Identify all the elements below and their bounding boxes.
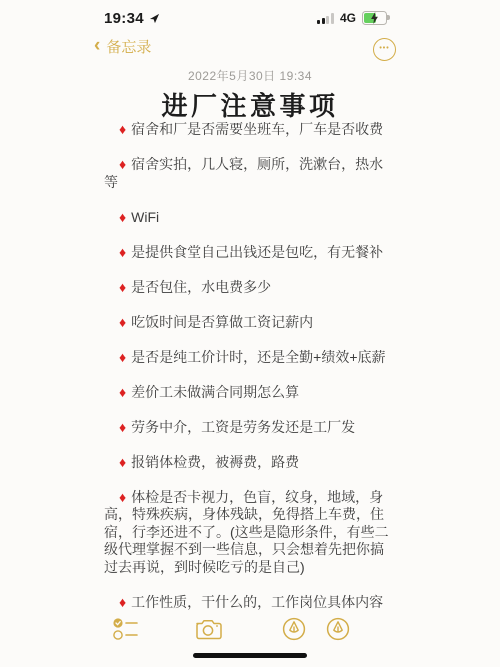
notes-bottom-toolbar <box>0 610 500 648</box>
red-diamond-bullet-icon: ♦ <box>119 594 126 610</box>
note-body-editor[interactable]: ♦宿舍和厂是否需要坐班车，厂车是否收费 ♦宿舍实拍，几人寝，厕所，洗漱台，热水等… <box>104 121 397 629</box>
note-item-text: 是否是纯工价计时，还是全勤+绩效+底薪 <box>131 349 385 365</box>
note-list-item: ♦报销体检费，被褥费，路费 <box>104 454 397 472</box>
note-list-item: ♦吃饭时间是否算做工资记薪内 <box>104 314 397 332</box>
home-indicator[interactable] <box>193 653 307 658</box>
pen-icon <box>326 617 350 641</box>
back-button[interactable]: ‹ 备忘录 <box>94 36 151 57</box>
note-item-text: 是提供食堂自己出钱还是包吃，有无餐补 <box>131 244 383 260</box>
status-bar: 19:34 4G <box>0 8 500 32</box>
nav-bar: ‹ 备忘录 ••• <box>0 34 500 64</box>
markup-button[interactable] <box>279 614 309 644</box>
camera-icon <box>194 618 222 641</box>
red-diamond-bullet-icon: ♦ <box>119 384 126 400</box>
note-title: 进厂注意事项 <box>0 86 500 123</box>
note-item-text: 劳务中介，工资是劳务发还是工厂发 <box>131 419 355 435</box>
red-diamond-bullet-icon: ♦ <box>119 489 126 505</box>
camera-button[interactable] <box>193 614 223 644</box>
red-diamond-bullet-icon: ♦ <box>119 121 126 137</box>
more-options-button[interactable]: ••• <box>373 38 396 61</box>
status-left: 19:34 <box>104 10 160 27</box>
checklist-button[interactable] <box>110 614 140 644</box>
note-list-item: ♦是否是纯工价计时，还是全勤+绩效+底薪 <box>104 349 397 367</box>
note-list-item: ♦体检是否卡视力，色盲，纹身，地域，身高，特殊疾病，身体残缺，免得搭上车费，住宿… <box>104 489 397 577</box>
red-diamond-bullet-icon: ♦ <box>119 244 126 260</box>
note-item-text: 体检是否卡视力，色盲，纹身，地域，身高，特殊疾病，身体残缺，免得搭上车费，住宿，… <box>104 489 389 575</box>
note-item-text: 工作性质，干什么的，工作岗位具体内容 <box>131 594 383 610</box>
note-item-text: 吃饭时间是否算做工资记薪内 <box>131 314 313 330</box>
notes-app-screen: 19:34 4G ‹ 备忘录 ••• 2022年5月30日 19:34 进厂注意… <box>0 0 500 667</box>
note-item-text: WiFi <box>131 209 159 225</box>
clock-time: 19:34 <box>104 10 144 27</box>
back-button-label: 备忘录 <box>106 36 151 57</box>
red-diamond-bullet-icon: ♦ <box>119 419 126 435</box>
network-type-label: 4G <box>340 11 356 25</box>
note-timestamp: 2022年5月30日 19:34 <box>0 67 500 84</box>
note-list-item: ♦劳务中介，工资是劳务发还是工厂发 <box>104 419 397 437</box>
red-diamond-bullet-icon: ♦ <box>119 156 126 172</box>
location-arrow-icon <box>149 13 160 24</box>
note-item-text: 宿舍实拍，几人寝，厕所，洗漱台，热水等 <box>104 156 383 190</box>
note-list-item: ♦宿舍实拍，几人寝，厕所，洗漱台，热水等 <box>104 156 397 191</box>
note-item-text: 差价工未做满合同期怎么算 <box>131 384 299 400</box>
red-diamond-bullet-icon: ♦ <box>119 454 126 470</box>
checklist-icon <box>112 617 139 641</box>
note-list-item: ♦工作性质，干什么的，工作岗位具体内容 <box>104 594 397 612</box>
note-list-item: ♦宿舍和厂是否需要坐班车，厂车是否收费 <box>104 121 397 139</box>
red-diamond-bullet-icon: ♦ <box>119 209 126 225</box>
signal-strength-icon <box>317 13 334 24</box>
status-right: 4G <box>317 11 387 25</box>
note-list-item: ♦WiFi <box>104 209 397 227</box>
ellipsis-icon: ••• <box>379 45 389 52</box>
note-list-item: ♦是提供食堂自己出钱还是包吃，有无餐补 <box>104 244 397 262</box>
back-chevron-icon: ‹ <box>94 37 100 55</box>
note-item-text: 宿舍和厂是否需要坐班车，厂车是否收费 <box>131 121 383 137</box>
red-diamond-bullet-icon: ♦ <box>119 349 126 365</box>
note-item-text: 报销体检费，被褥费，路费 <box>131 454 299 470</box>
pen-button[interactable] <box>323 614 353 644</box>
battery-charging-icon <box>362 11 387 25</box>
note-list-item: ♦是否包住，水电费多少 <box>104 279 397 297</box>
red-diamond-bullet-icon: ♦ <box>119 314 126 330</box>
note-list-item: ♦差价工未做满合同期怎么算 <box>104 384 397 402</box>
markup-icon <box>282 617 306 641</box>
red-diamond-bullet-icon: ♦ <box>119 279 126 295</box>
note-item-text: 是否包住，水电费多少 <box>131 279 271 295</box>
